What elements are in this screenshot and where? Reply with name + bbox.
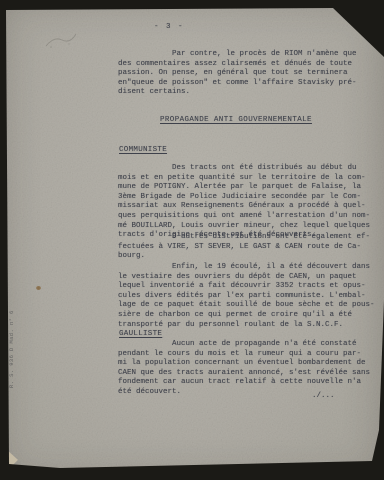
- paragraph-autres-distributions: D'autres distributions ont été également…: [118, 233, 370, 262]
- paper-sheet: - 3 - Par contre, le procès de RIOM n'am…: [0, 0, 384, 480]
- archive-reference-marginalia: R. S. 936 D Mad. n° 6: [8, 310, 22, 388]
- paragraph-tracts-potigny: Des tracts ont été distribués au début d…: [118, 164, 370, 241]
- page-number: - 3 -: [154, 23, 184, 33]
- section-heading-propagande: PROPAGANDE ANTI GOUVERNEMENTALE: [160, 116, 312, 126]
- underlying-page-sliver: [7, 450, 18, 468]
- ink-stain-spot: [36, 286, 41, 290]
- scanned-page: - 3 - Par contre, le procès de RIOM n'am…: [0, 0, 384, 480]
- subsection-title-communiste: COMMUNISTE: [119, 146, 167, 156]
- subsection-title-gaulliste: GAULLISTE: [119, 330, 162, 340]
- paragraph-rumeur-bombardement: Aucun acte de propagande n'a été constat…: [118, 340, 370, 398]
- paragraph-depot-caen: Enfin, le 19 écoulé, il a été découvert …: [118, 263, 375, 330]
- paragraph-riom-trial: Par contre, le procès de RIOM n'amène qu…: [118, 50, 357, 98]
- pen-scribble-mark: [42, 27, 84, 53]
- continuation-mark: ./...: [312, 392, 335, 402]
